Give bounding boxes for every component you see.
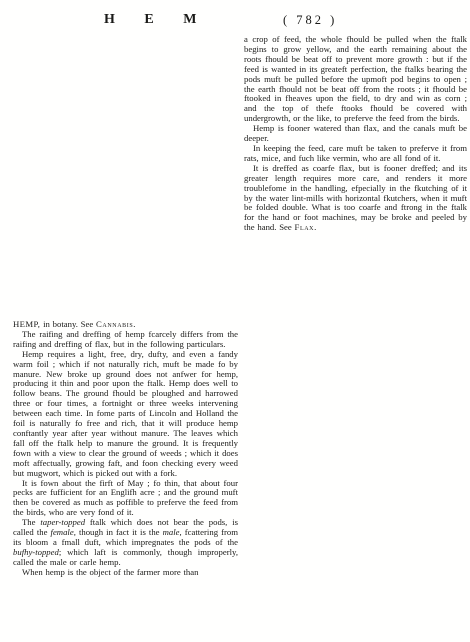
paragraph-dressing-period: . xyxy=(314,222,316,232)
paragraph-raising-dressing: The raifing and dreffing of hemp fcarcel… xyxy=(13,330,238,350)
term-female: female xyxy=(51,527,74,537)
term-male: male xyxy=(163,527,180,537)
cross-reference-cannabis: Cannabis xyxy=(96,319,133,329)
taper-seg-3: , though in fact it is the xyxy=(74,527,163,537)
paragraph-seed-crop: a crop of feed, the whole fhould be pull… xyxy=(244,35,467,124)
paragraph-farmer-object: When hemp is the object of the farmer mo… xyxy=(13,568,238,578)
paragraph-dressing-text: It is dreffed as coarfe flax, but is foo… xyxy=(244,163,467,232)
term-taper-topped: taper-topped xyxy=(40,517,85,527)
paragraph-watering: Hemp is fooner watered than flax, and th… xyxy=(244,124,467,144)
running-head: H E M ( 782 ) xyxy=(0,12,470,32)
paragraph-dressing: It is dreffed as coarfe flax, but is foo… xyxy=(244,164,467,233)
right-column: a crop of feed, the whole fhould be pull… xyxy=(244,35,467,233)
paragraph-soil: Hemp requires a light, free, dry, dufty,… xyxy=(13,350,238,479)
cross-reference-flax: Flax xyxy=(295,222,315,232)
book-page: H E M ( 782 ) a crop of feed, the whole … xyxy=(0,0,470,642)
paragraph-keeping-seed: In keeping the feed, care muft be taken … xyxy=(244,144,467,164)
taper-seg-1: The xyxy=(22,517,40,527)
paragraph-sowing: It is fown about the firft of May ; fo t… xyxy=(13,479,238,519)
entry-headword: HEMP, xyxy=(13,319,40,329)
left-column: HEMP, in botany. See Cannabis. The raifi… xyxy=(13,320,238,578)
running-title: H E M xyxy=(104,12,209,28)
entry-heading-period: . xyxy=(133,319,135,329)
term-bushy-topped: bufhy-topped xyxy=(13,547,59,557)
page-number: ( 782 ) xyxy=(283,13,337,28)
paragraph-taper-topped: The taper-topped ftalk which does not be… xyxy=(13,518,238,568)
entry-heading-text: in botany. See xyxy=(40,319,96,329)
